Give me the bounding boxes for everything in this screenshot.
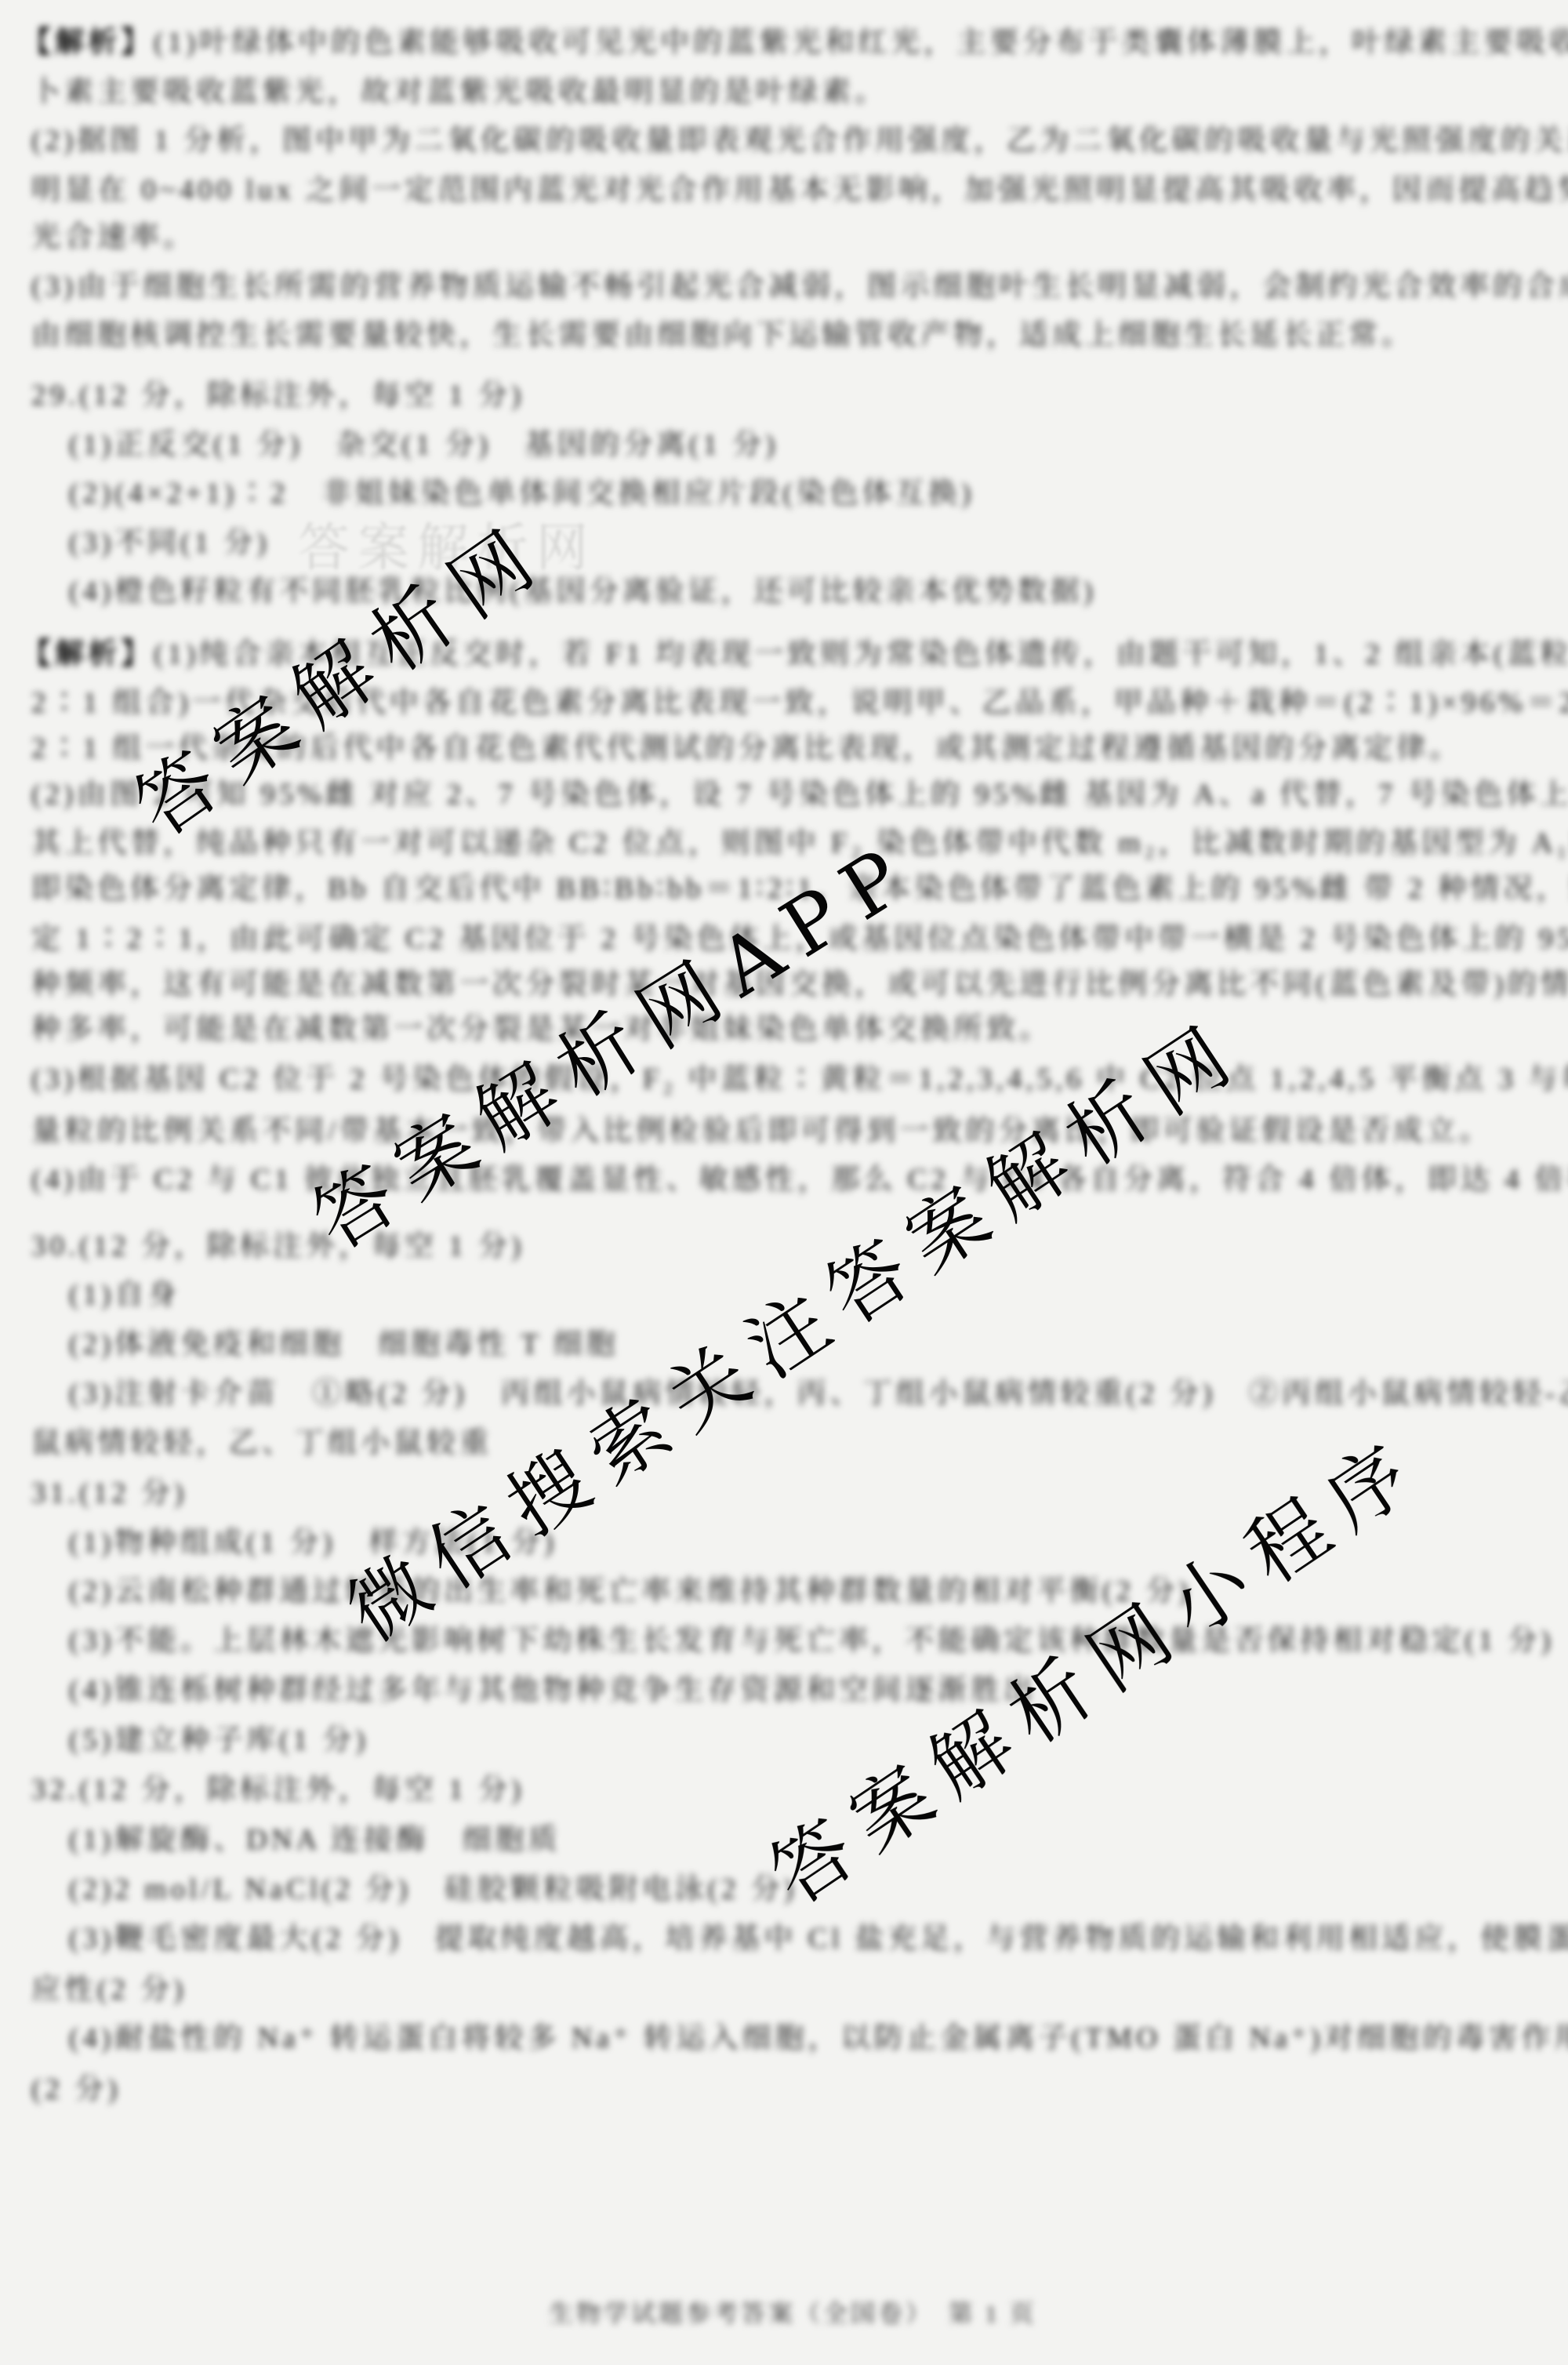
blurred-text-line: (3)根据基因 C2 位于 2 号染色体的假设，F₂ 中蓝粒∶黄粒＝1,2,3,… <box>31 1062 1568 1098</box>
blurred-text-line: 应性(2 分) <box>31 1972 187 2008</box>
blurred-text-line: 29.(12 分，除标注外，每空 1 分) <box>31 378 524 414</box>
blurred-text-line: 明显在 0~400 lux 之间一定范围内蓝光对光合作用基本无影响，加强光照明显… <box>31 173 1568 209</box>
blurred-text-line: (2 分) <box>31 2072 121 2108</box>
blurred-text-line: 31.(12 分) <box>31 1476 187 1512</box>
blurred-text-line: (2)云南松种群通过较低的出生率和死亡率来维持其种群数量的相对平衡(2 分) <box>69 1574 1192 1610</box>
blurred-text-line: (3)不同(1 分) <box>69 525 270 561</box>
blurred-text-line: (4)由于 C2 与 C1 彼此独立且胚乳覆盖显性、敏感性，那么 C2 与 C4… <box>31 1162 1568 1198</box>
blurred-text-line: (3)不能。上层林木遮光影响树下幼株生长发育与死亡率，不能确定该种群数量是否保持… <box>69 1623 1555 1659</box>
blurred-text-line: (3)鞭毛密度最大(2 分) 提取纯度越高，培养基中 Cl 盐充足，与营养物质的… <box>69 1921 1568 1957</box>
blurred-text-line: (4)耐盐性的 Na⁺ 转运蛋白将较多 Na⁺ 转运入细胞，以防止金属离子(TM… <box>69 2021 1568 2057</box>
page-footer: 生物学试题参考答案（全国卷） 第 1 页 <box>549 2294 1037 2329</box>
blurred-text-line: (1)正反交(1 分) 杂交(1 分) 基因的分离(1 分) <box>69 427 779 463</box>
blurred-text-line: (5)建立种子库(1 分) <box>69 1723 369 1759</box>
analysis-label: 【解析】 <box>22 27 154 59</box>
exam-answer-page: 生物学试题参考答案（全国卷） 第 1 页 【解析】(1)叶绿体中的色素能够吸收可… <box>0 0 1568 2365</box>
blurred-text-line: 30.(12 分，除标注外，每空 1 分) <box>31 1229 524 1265</box>
blurred-text-line: 光合速率。 <box>31 220 196 256</box>
analysis-label: 【解析】 <box>22 638 154 670</box>
blurred-text-line: 卜素主要吸收蓝紫光，故对蓝紫光吸收最明显的是叶绿素。 <box>31 74 887 111</box>
blurred-text-line: 【解析】(1)叶绿体中的色素能够吸收可见光中的蓝紫光和红光，主要分布于类囊体薄膜… <box>22 25 1568 61</box>
blurred-text-line: (3)由于细胞生长所需的营养物质运输不畅引起光合减弱，图示细胞叶生长明显减弱，会… <box>31 269 1568 305</box>
blurred-text-line: (1)解旋酶、DNA 连接酶 细胞质 <box>69 1822 561 1858</box>
blurred-text-line: (3)注射卡介苗 ①略(2 分) 丙组小鼠病情较轻，丙、丁组小鼠病情较重(2 分… <box>69 1376 1568 1412</box>
blurred-text-line: 量粒的比例关系不同/带基本一致，带入比例检验后即可得到一致的分离比，即可验证假设… <box>31 1113 1492 1150</box>
blurred-text-line: 鼠病情较轻，乙、丁组小鼠较重 <box>31 1426 492 1462</box>
blurred-text-line: 由细胞核调控生长需要量较快，生长需要由细胞向下运输管收产物，适成上细胞生长延长正… <box>31 318 1414 354</box>
blurred-text-line: (2)据图 1 分析，图中甲为二氧化碳的吸收量即表观光合作用强度，乙为二氧化碳的… <box>31 123 1568 159</box>
blurred-text-line: (4)锥连栎树种群经过多年与其他物种竞争生存资源和空间逐渐胜出 <box>69 1673 1036 1709</box>
blurred-text-line: 32.(12 分，除标注外，每空 1 分) <box>31 1772 524 1808</box>
blurred-text-line: (2)2 mol/L NaCl(2 分) 硅胶颗粒吸附电泳(2 分) <box>69 1872 797 1908</box>
blurred-text-line: (1)自身 <box>69 1277 180 1313</box>
blurred-text-line: (2)体液免疫和细胞 细胞毒性 T 细胞 <box>69 1327 619 1363</box>
blurred-document-text-layer: 生物学试题参考答案（全国卷） 第 1 页 【解析】(1)叶绿体中的色素能够吸收可… <box>0 0 1568 2365</box>
